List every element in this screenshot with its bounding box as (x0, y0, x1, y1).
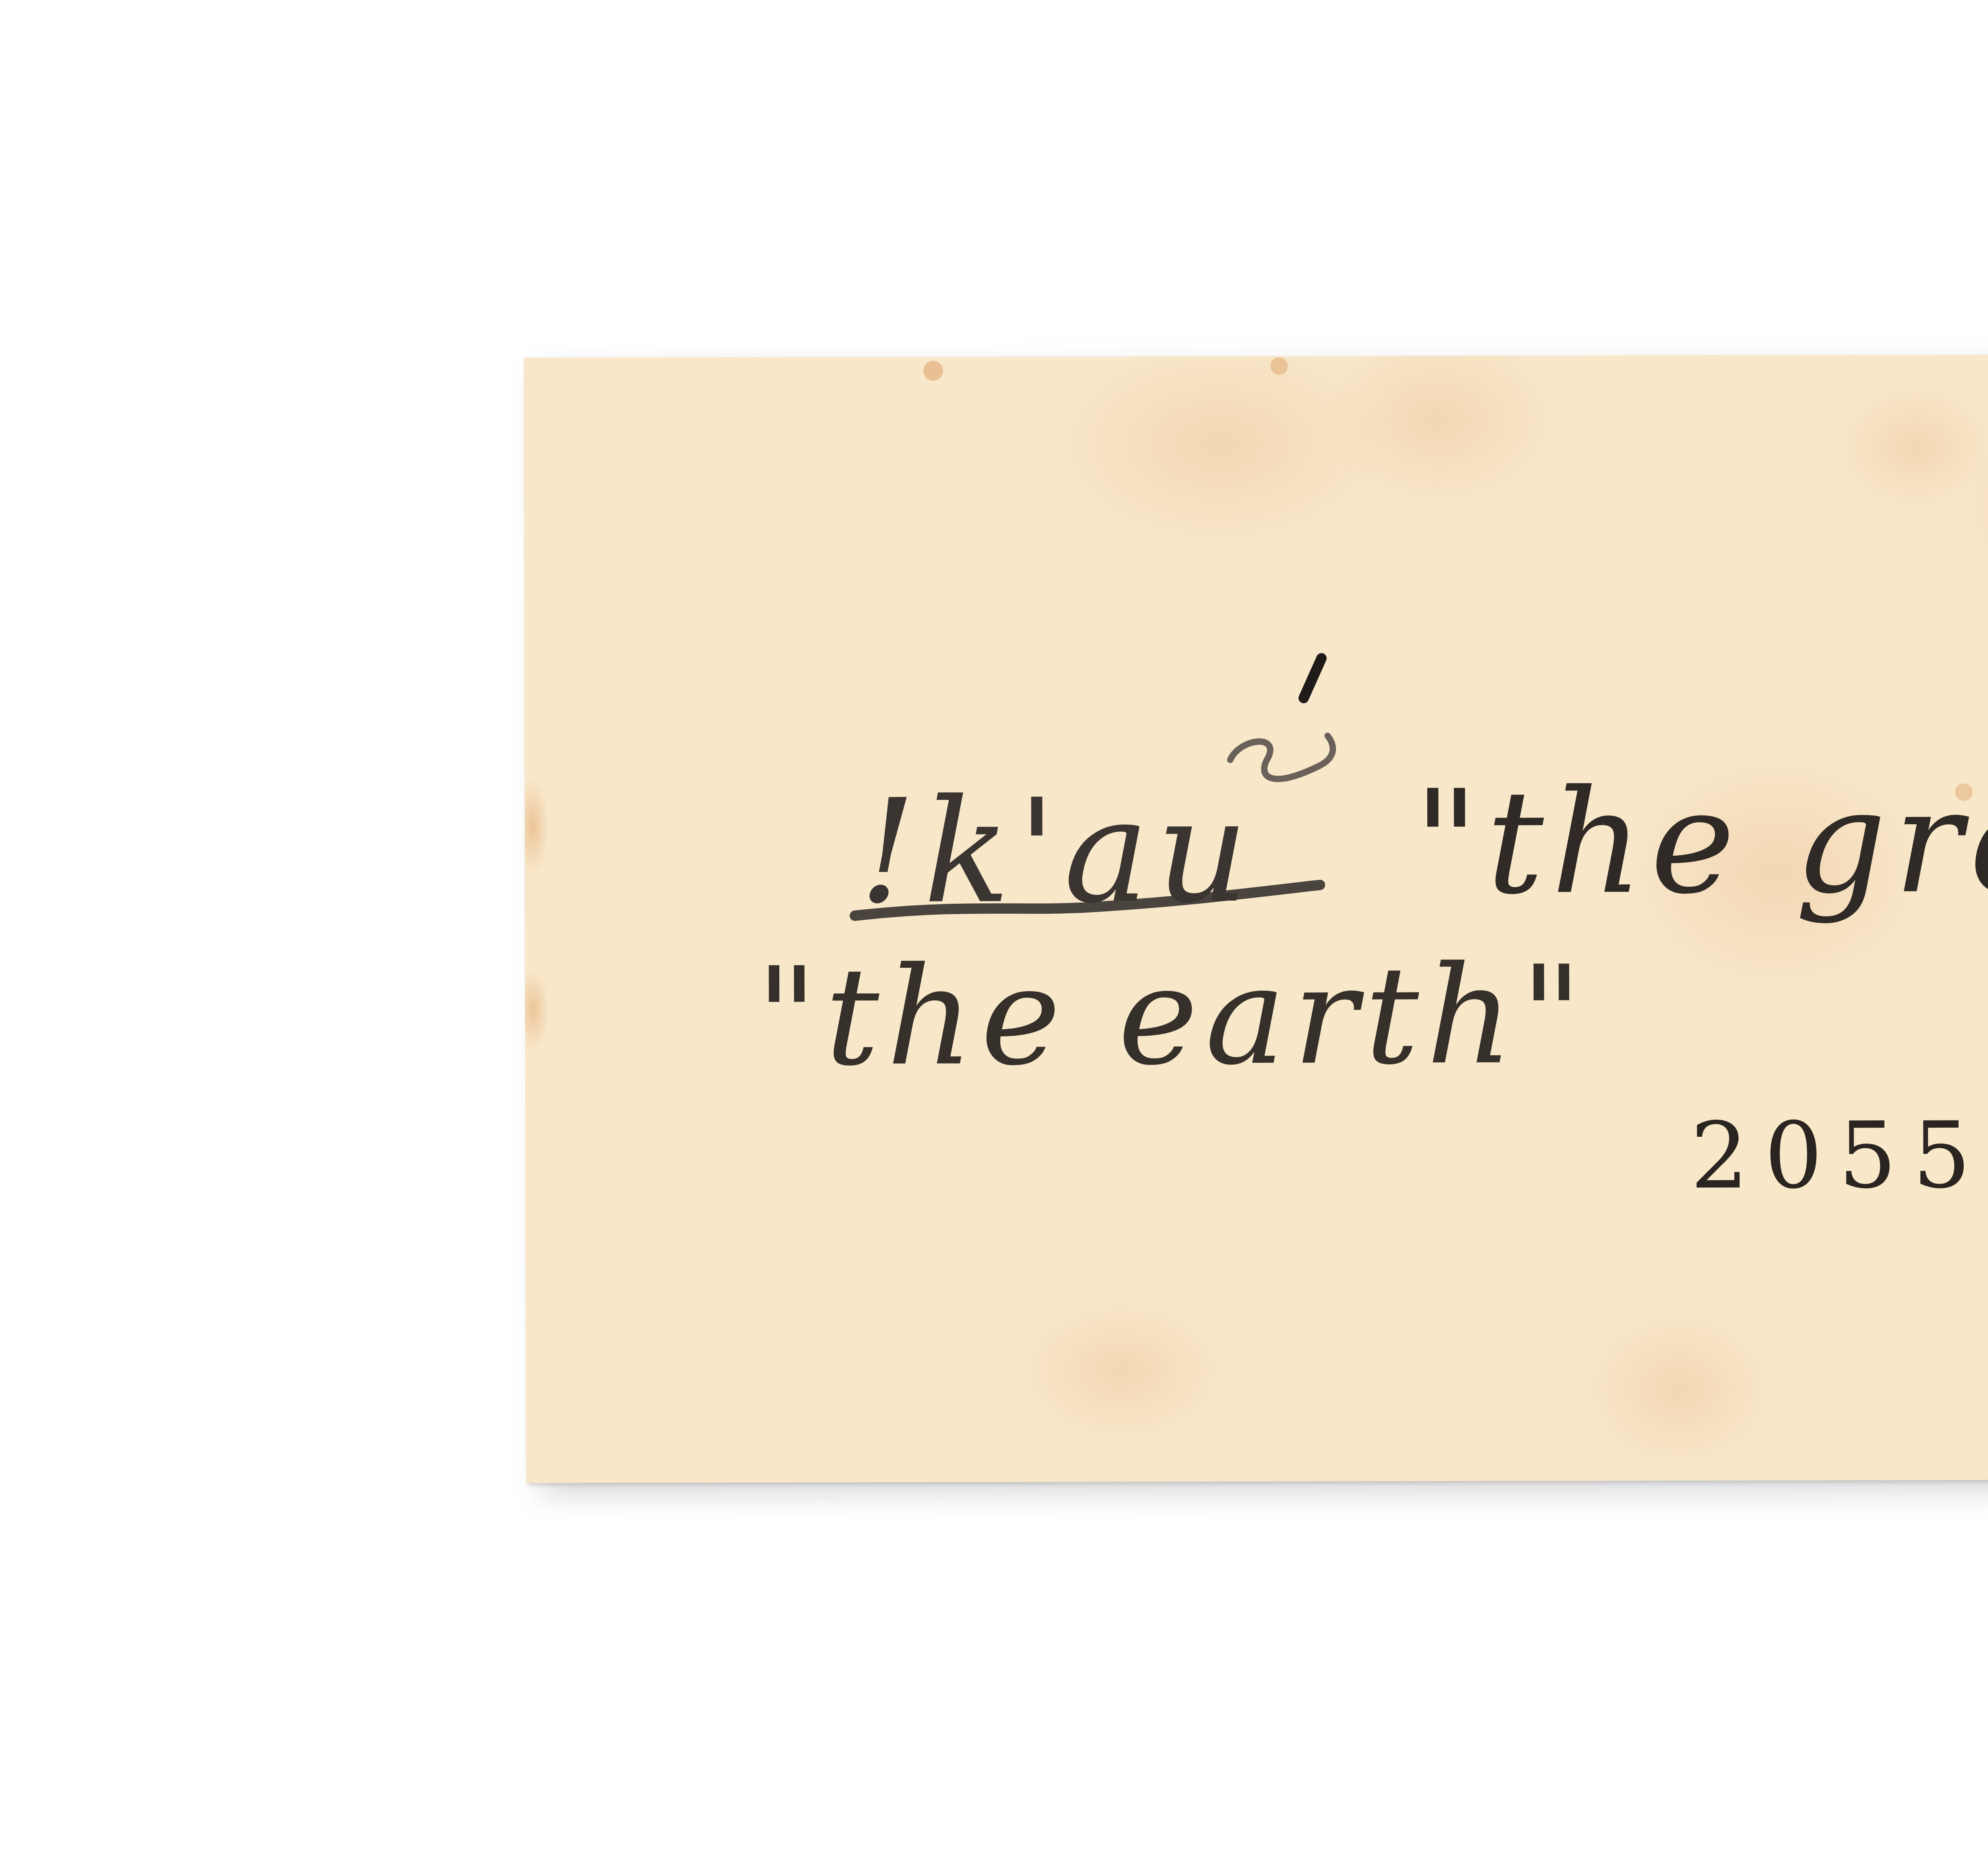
source-reference: 2055, 3; (1690, 1110, 1988, 1202)
headword: !k'au (858, 780, 1256, 924)
gloss-line-2: "the earth" (755, 948, 1590, 1085)
acute-accent-mark (1304, 658, 1322, 698)
gloss-line-1: "the ground," (1413, 769, 1988, 914)
index-card: !k'au "the ground," "the earth" 2055, 3;… (524, 354, 1988, 1483)
photo-backdrop: !k'au "the ground," "the earth" 2055, 3;… (0, 0, 1988, 1862)
